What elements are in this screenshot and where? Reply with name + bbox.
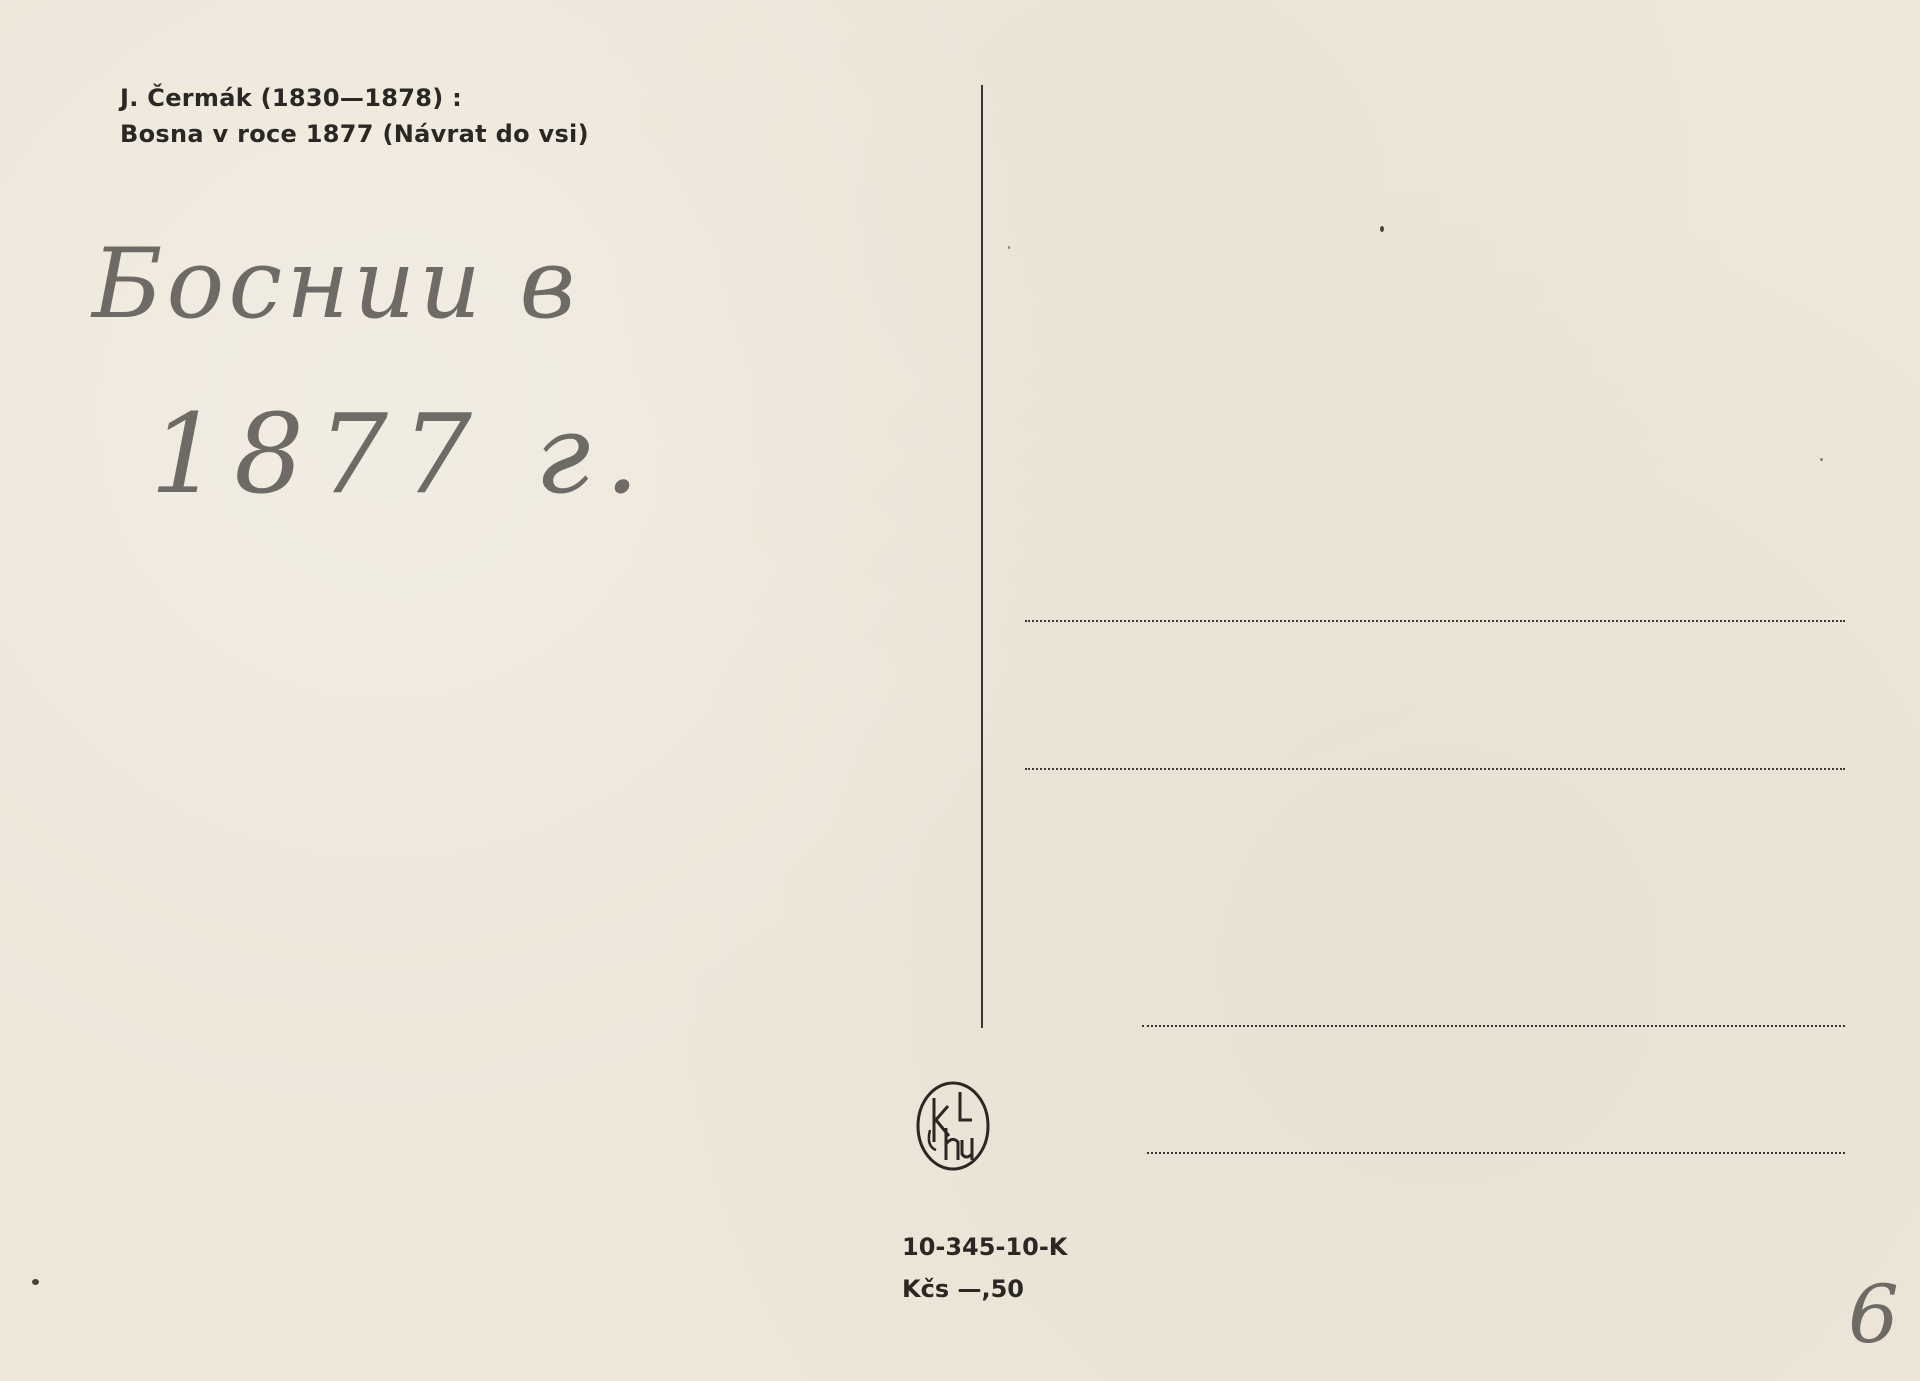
address-line-3: [1142, 1025, 1845, 1027]
paper-speck: [1820, 458, 1823, 461]
postcard-divider: [981, 85, 983, 1028]
paper-speck: [32, 1279, 39, 1285]
caption-title: Bosna v roce 1877 (Návrat do vsi): [120, 116, 589, 152]
handwritten-number: 6: [1848, 1268, 1899, 1361]
caption-artist: J. Čermák (1830—1878) :: [120, 80, 589, 116]
publisher-monogram-icon: [916, 1080, 990, 1172]
price-label: Kčs —,50: [902, 1268, 1067, 1310]
artwork-caption: J. Čermák (1830—1878) : Bosna v roce 187…: [120, 80, 589, 152]
address-line-2: [1025, 768, 1845, 770]
paper-speck: [1380, 226, 1384, 232]
print-info: 10-345-10-K Kčs —,50: [902, 1226, 1067, 1310]
paper-speck: [1008, 246, 1010, 249]
address-line-4: [1147, 1152, 1845, 1154]
handwritten-note-line1: Боснии в: [92, 228, 579, 340]
address-line-1: [1025, 620, 1845, 622]
print-code: 10-345-10-K: [902, 1226, 1067, 1268]
handwritten-note-line2: 1877 г.: [150, 390, 653, 518]
postcard-paper: [0, 0, 1920, 1381]
